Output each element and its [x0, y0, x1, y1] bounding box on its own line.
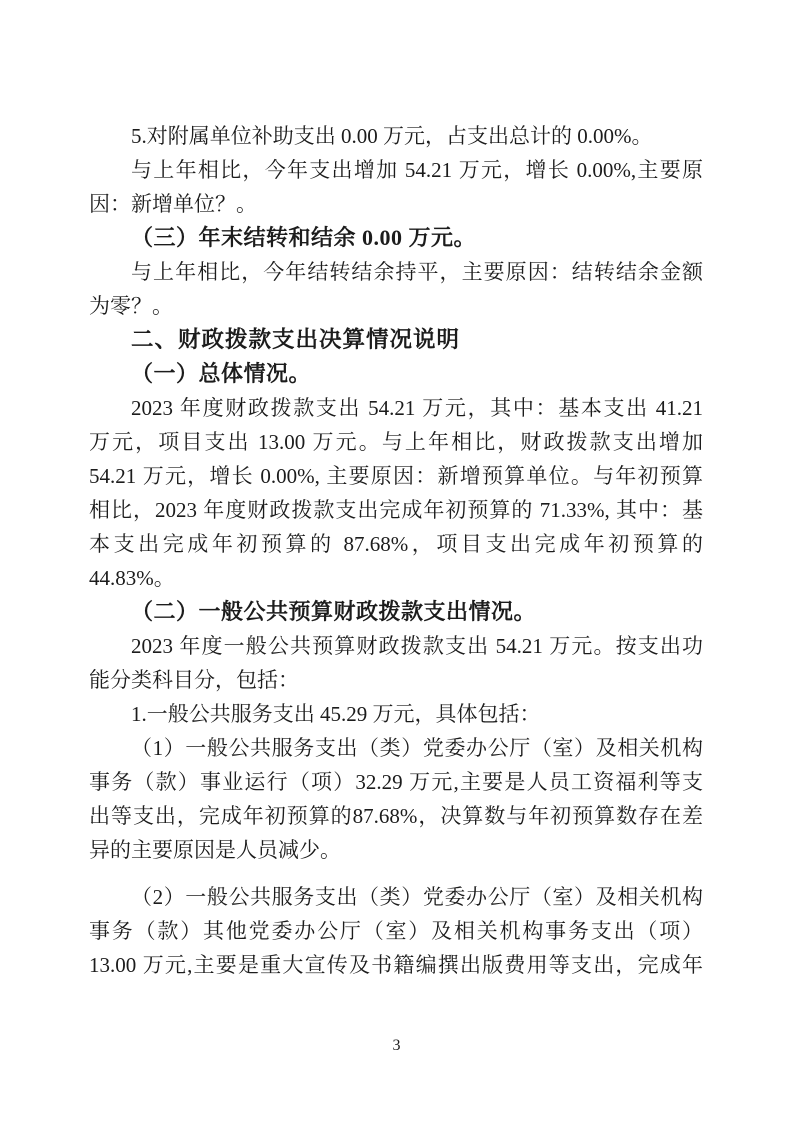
- text-line: 5.对附属单位补助支出 0.00 万元，占支出总计的 0.00%。: [89, 119, 703, 153]
- text-line: 能分类科目分，包括：: [89, 663, 703, 697]
- text-line: （三）年末结转和结余 0.00 万元。: [89, 221, 703, 255]
- text-line: 与上年相比，今年支出增加 54.21 万元，增长 0.00%,主要原: [89, 153, 703, 187]
- text-line: 本支出完成年初预算的 87.68%，项目支出完成年初预算的: [89, 527, 703, 561]
- text-line: （2）一般公共服务支出（类）党委办公厅（室）及相关机构: [89, 880, 703, 914]
- text-line: 44.83%。: [89, 561, 703, 595]
- text-line: 事务（款）事业运行（项）32.29 万元,主要是人员工资福利等支: [89, 765, 703, 799]
- text-line: 异的主要原因是人员减少。: [89, 833, 703, 867]
- text-line: （一）总体情况。: [89, 357, 703, 391]
- text-line: 因：新增单位？。: [89, 187, 703, 221]
- text-line: （1）一般公共服务支出（类）党委办公厅（室）及相关机构: [89, 731, 703, 765]
- text-line: 2023 年度财政拨款支出 54.21 万元，其中：基本支出 41.21: [89, 391, 703, 425]
- text-line: 万元，项目支出 13.00 万元。与上年相比，财政拨款支出增加: [89, 425, 703, 459]
- document-text-block: 5.对附属单位补助支出 0.00 万元，占支出总计的 0.00%。与上年相比，今…: [89, 119, 703, 982]
- text-line: 54.21 万元，增长 0.00%, 主要原因：新增预算单位。与年初预算: [89, 459, 703, 493]
- text-line: 出等支出，完成年初预算的87.68%，决算数与年初预算数存在差: [89, 799, 703, 833]
- text-line: 相比，2023 年度财政拨款支出完成年初预算的 71.33%, 其中：基: [89, 493, 703, 527]
- text-line: 2023 年度一般公共预算财政拨款支出 54.21 万元。按支出功: [89, 629, 703, 663]
- text-line: 二、财政拨款支出决算情况说明: [89, 323, 703, 357]
- text-line: 与上年相比，今年结转结余持平，主要原因：结转结余金额: [89, 255, 703, 289]
- document-page: 5.对附属单位补助支出 0.00 万元，占支出总计的 0.00%。与上年相比，今…: [0, 0, 793, 1122]
- text-line: （二）一般公共预算财政拨款支出情况。: [89, 595, 703, 629]
- text-line: 事务（款）其他党委办公厅（室）及相关机构事务支出（项）: [89, 914, 703, 948]
- text-line: 1.一般公共服务支出 45.29 万元，具体包括：: [89, 697, 703, 731]
- text-line: 为零？。: [89, 289, 703, 323]
- text-line: 13.00 万元,主要是重大宣传及书籍编撰出版费用等支出，完成年: [89, 948, 703, 982]
- page-number: 3: [0, 1036, 793, 1056]
